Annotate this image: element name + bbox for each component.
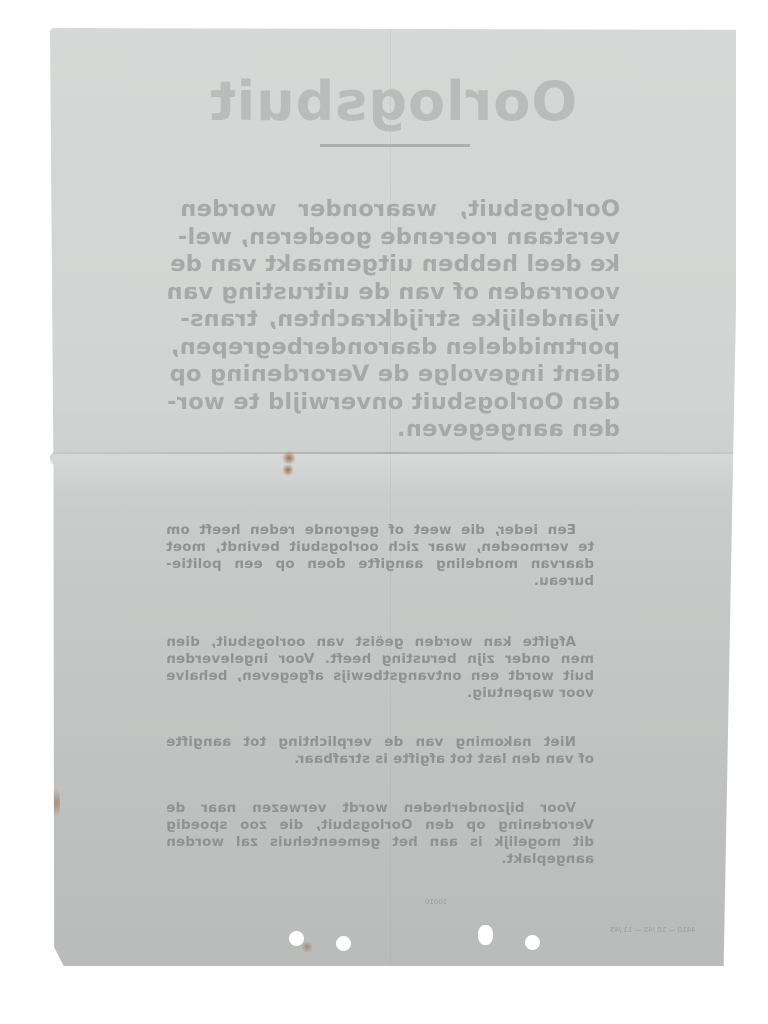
main-line: verstaan roerende goederen, wel-: [180, 224, 620, 252]
fold-shade: [50, 454, 736, 494]
paragraph-line: men onder zijn berusting heeft. Voor ing…: [166, 651, 594, 668]
paragraph-line: buit wordt een ontvangstbewijs afgegeven…: [166, 668, 594, 685]
paper-sheet: Oorlogsbuit Oorlogsbuit, waaronder worde…: [50, 28, 736, 966]
punch-hole: [525, 935, 540, 950]
rust-stain: [282, 451, 296, 465]
main-line: den Oorlogsbuit onverwijld te wor-: [180, 389, 620, 417]
paragraph-line: Niet nakoming van de verplichting tot aa…: [166, 734, 594, 751]
paragraph-line: daarvan mondeling aangifte doen op een p…: [166, 556, 594, 573]
paragraph-line: aangeplakt.: [166, 851, 594, 868]
title-underline: [320, 144, 470, 147]
paragraph-line: Een ieder, die weet of gegronde reden he…: [166, 522, 594, 539]
main-line: dient ingevolge de Verordening op: [180, 361, 620, 389]
document-title: Oorlogsbuit: [188, 70, 598, 134]
main-line: ke deel hebben uitgemaakt van de: [180, 251, 620, 279]
paragraph-line: bureau.: [166, 573, 594, 590]
rust-stain: [282, 464, 294, 476]
edge-stain: [50, 783, 60, 823]
paragraph-line: Afgifte kan worden geëist van oorlogsbui…: [166, 634, 594, 651]
punch-hole: [289, 931, 304, 946]
main-line: voorraden of van de uitrusting van: [180, 279, 620, 307]
paragraph-strafbaar: Niet nakoming van de verplichting tot aa…: [166, 734, 594, 768]
punch-hole: [478, 925, 493, 945]
main-paragraph: Oorlogsbuit, waaronder worden verstaan r…: [180, 196, 620, 444]
paragraph-line: of van den last tot afgifte is strafbaar…: [166, 751, 594, 768]
main-line: portmiddelen daaronderbegrepen,: [180, 334, 620, 362]
hole-stain: [302, 940, 312, 954]
paragraph-afgifte: Afgifte kan worden geëist van oorlogsbui…: [166, 634, 594, 702]
paragraph-line: dit mogelijk is aan het gemeentehuis zal…: [166, 834, 594, 851]
paragraph-line: voor wapentuig.: [166, 685, 594, 702]
main-line: vijandelijke strijdkrachten, trans-: [180, 306, 620, 334]
paragraph-bijzonderheden: Voor bijzonderheden wordt verwezen naar …: [166, 800, 594, 868]
main-line: den aangegeven.: [180, 416, 620, 444]
punch-hole: [336, 936, 351, 951]
main-line: Oorlogsbuit, waaronder worden: [180, 196, 620, 224]
paragraph-line: Voor bijzonderheden wordt verwezen naar …: [166, 800, 594, 817]
paragraph-aangifte: Een ieder, die weet of gegronde reden he…: [166, 522, 594, 590]
printer-mark: 10010: [425, 898, 447, 906]
paragraph-line: te vermoeden, waar zich oorlogsbuit bevi…: [166, 539, 594, 556]
paragraph-line: Verordening op den Oorlogsbuit, die zoo …: [166, 817, 594, 834]
printer-mark: 4410 — 10 /45 — 11 /45: [610, 926, 696, 934]
